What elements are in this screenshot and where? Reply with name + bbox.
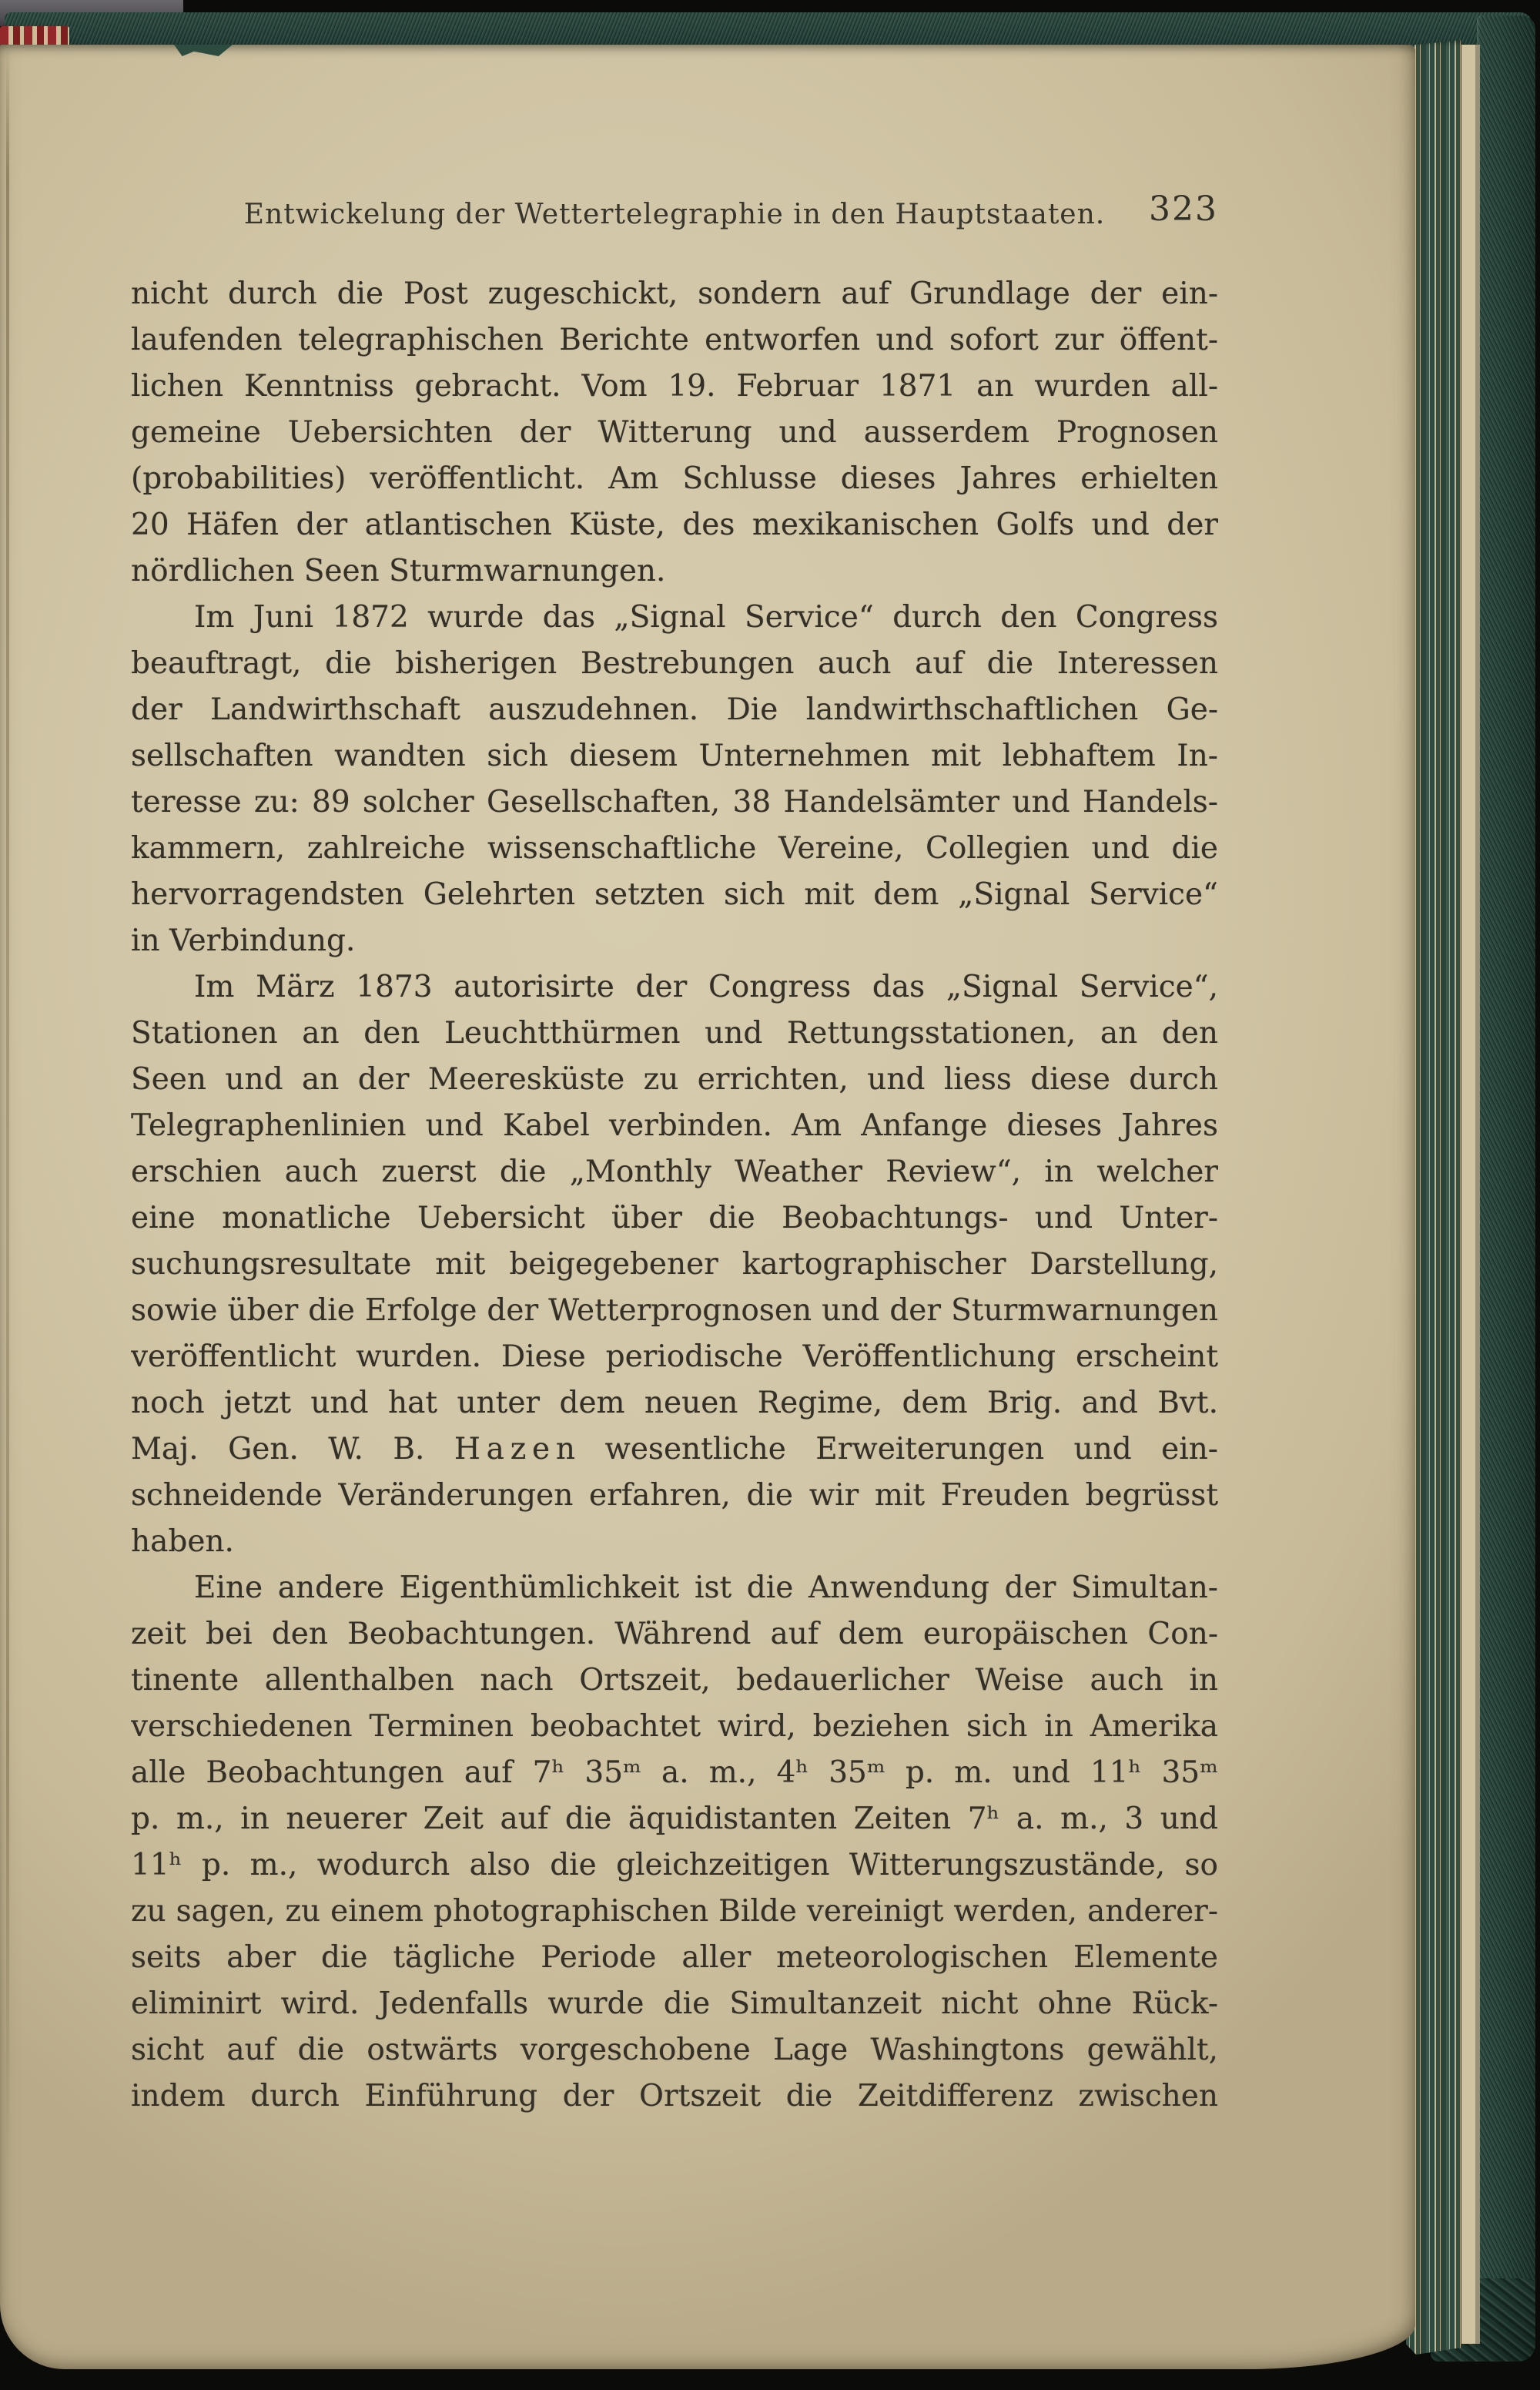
text-line: schneidende Veränderungen erfahren, die …: [131, 1473, 1218, 1519]
text-line: sowie über die Erfolge der Wetterprognos…: [131, 1288, 1218, 1334]
text-line: 20 Häfen der atlantischen Küste, des mex…: [131, 502, 1218, 548]
paragraph: Im März 1873 autorisirte der Congress da…: [131, 964, 1218, 1565]
text-line: Im März 1873 autorisirte der Congress da…: [131, 964, 1218, 1011]
text-line: seits aber die tägliche Periode aller me…: [131, 1935, 1218, 1981]
text-line: laufenden telegraphischen Berichte entwo…: [131, 317, 1218, 364]
text-line: in Verbindung.: [131, 918, 1218, 964]
text-line: eliminirt wird. Jedenfalls wurde die Sim…: [131, 1981, 1218, 2027]
paragraph: Eine andere Eigenthümlichkeit ist die An…: [131, 1565, 1218, 2120]
text-line: hervorragendsten Gelehrten setzten sich …: [131, 872, 1218, 918]
paragraph: Im Juni 1872 wurde das „Signal Service“ …: [131, 595, 1218, 964]
book-cover-right-edge: [1477, 15, 1535, 2332]
text-line: sicht auf die ostwärts vorgeschobene Lag…: [131, 2027, 1218, 2073]
text-line: indem durch Einführung der Ortszeit die …: [131, 2073, 1218, 2120]
body-text: nicht durch die Post zugeschickt, sonder…: [131, 271, 1218, 2120]
text-line: teresse zu: 89 solcher Gesellschaften, 3…: [131, 779, 1218, 826]
text-line: Maj. Gen. W. B. H a z e n wesentliche Er…: [131, 1426, 1218, 1473]
text-line: alle Beobachtungen auf 7ʰ 35ᵐ a. m., 4ʰ …: [131, 1750, 1218, 1796]
text-line: nicht durch die Post zugeschickt, sonder…: [131, 271, 1218, 317]
text-line: Eine andere Eigenthümlichkeit ist die An…: [131, 1565, 1218, 1611]
text-line: Im Juni 1872 wurde das „Signal Service“ …: [131, 595, 1218, 641]
book-scan: Entwickelung der Wettertelegraphie in de…: [0, 0, 1540, 2390]
text-line: noch jetzt und hat unter dem neuen Regim…: [131, 1380, 1218, 1426]
page-header: Entwickelung der Wettertelegraphie in de…: [131, 188, 1218, 242]
text-line: veröffentlicht wurden. Diese periodische…: [131, 1334, 1218, 1380]
text-line: beauftragt, die bisherigen Bestrebungen …: [131, 641, 1218, 687]
text-line: lichen Kenntniss gebracht. Vom 19. Febru…: [131, 364, 1218, 410]
page-gutter-crease: [6, 49, 9, 2175]
text-line: sellschaften wandten sich diesem Unterne…: [131, 733, 1218, 779]
running-title: Entwickelung der Wettertelegraphie in de…: [131, 199, 1218, 230]
endpaper-edge: [1458, 45, 1480, 2344]
headband: [0, 26, 69, 46]
text-line: suchungsresultate mit beigegebener karto…: [131, 1242, 1218, 1288]
text-line: verschiedenen Terminen beobachtet wird, …: [131, 1704, 1218, 1750]
text-line: gemeine Uebersichten der Witterung und a…: [131, 410, 1218, 456]
page-number: 323: [1149, 189, 1218, 229]
text-line: p. m., in neuerer Zeit auf die äquidista…: [131, 1796, 1218, 1842]
text-line: nördlichen Seen Sturmwarnungen.: [131, 548, 1218, 595]
text-line: 11ʰ p. m., wodurch also die gleichzeitig…: [131, 1842, 1218, 1889]
text-line: eine monatliche Uebersicht über die Beob…: [131, 1195, 1218, 1242]
page-top-tear: [174, 45, 233, 56]
text-line: Seen und an der Meeresküste zu errichten…: [131, 1057, 1218, 1103]
text-line: haben.: [131, 1519, 1218, 1565]
book-page: Entwickelung der Wettertelegraphie in de…: [0, 45, 1415, 2369]
paragraph: nicht durch die Post zugeschickt, sonder…: [131, 271, 1218, 595]
text-line: erschien auch zuerst die „Monthly Weathe…: [131, 1149, 1218, 1195]
text-line: zu sagen, zu einem photographischen Bild…: [131, 1889, 1218, 1935]
text-line: (probabilities) veröffentlicht. Am Schlu…: [131, 456, 1218, 502]
text-line: Telegraphenlinien und Kabel verbinden. A…: [131, 1103, 1218, 1149]
text-line: tinente allenthalben nach Ortszeit, beda…: [131, 1658, 1218, 1704]
text-line: zeit bei den Beobachtungen. Während auf …: [131, 1611, 1218, 1658]
text-line: kammern, zahlreiche wissenschaftliche Ve…: [131, 826, 1218, 872]
text-line: Stationen an den Leuchtthürmen und Rettu…: [131, 1011, 1218, 1057]
text-line: der Landwirthschaft auszudehnen. Die lan…: [131, 687, 1218, 733]
